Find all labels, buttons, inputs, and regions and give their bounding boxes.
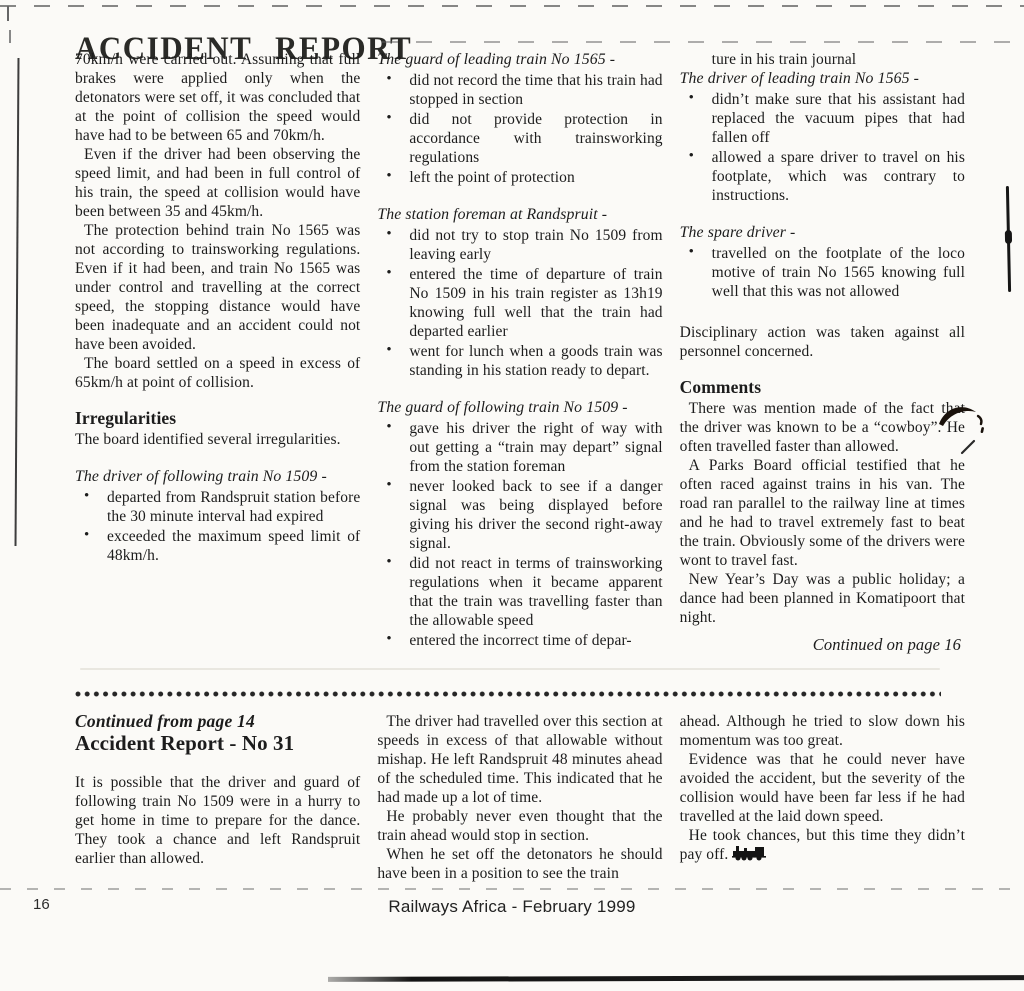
paragraph: Even if the driver had been observing th… — [75, 145, 360, 221]
scan-left-fold-line — [15, 58, 20, 546]
footer-dashed-rule — [0, 888, 1024, 890]
bullet-item: exceeded the maximum speed limit of 48km… — [75, 527, 360, 565]
scan-mark — [7, 6, 9, 21]
bullet-item: did not record the time that his train h… — [377, 71, 662, 109]
locomotive-icon — [732, 846, 766, 861]
continuation-line: ture in his train journal — [680, 50, 965, 69]
bottom-column-1: Continued from page 14Accident Report - … — [75, 712, 360, 883]
top-article-columns: 70km/h were carried out. Assuming that f… — [75, 50, 965, 654]
top-dashed-rule — [0, 5, 1024, 7]
paragraph: ahead. Although he tried to slow down hi… — [680, 712, 965, 750]
bullet-item: allowed a spare driver to travel on his … — [680, 148, 965, 205]
top-column-3: ture in his train journalThe driver of l… — [680, 50, 965, 654]
paragraph: The board settled on a speed in excess o… — [75, 354, 360, 392]
top-column-1: 70km/h were carried out. Assuming that f… — [75, 50, 360, 654]
top-column-2: The guard of leading train No 1565 -did … — [377, 50, 662, 654]
bullet-item: did not try to stop train No 1509 from l… — [377, 226, 662, 264]
scan-mark — [9, 30, 11, 43]
bullet-list: did not record the time that his train h… — [377, 71, 662, 187]
bottom-scan-rule — [328, 975, 1024, 982]
paragraph: New Year’s Day was a public holiday; a d… — [680, 570, 965, 627]
paragraph: The board identified several irregularit… — [75, 430, 360, 449]
bottom-column-2: The driver had travelled over this secti… — [377, 712, 662, 883]
bullet-item: left the point of protection — [377, 168, 662, 187]
paragraph: He probably never even thought that the … — [377, 807, 662, 845]
bullet-item: entered the incorrect time of depar- — [377, 631, 662, 650]
header-dashed-rule — [382, 41, 1010, 43]
bullet-list: departed from Randspruit station before … — [75, 488, 360, 565]
bottom-article-columns: Continued from page 14Accident Report - … — [75, 712, 965, 883]
bullet-item: did not react in terms of trainsworking … — [377, 554, 662, 630]
continued-from-note: Continued from page 14 — [75, 712, 360, 731]
scan-streak — [80, 668, 940, 670]
continued-on-note: Continued on page 16 — [680, 635, 965, 654]
section-heading: Comments — [680, 378, 965, 397]
scan-ink-squiggle — [1006, 186, 1011, 292]
paragraph: Disciplinary action was taken against al… — [680, 323, 965, 361]
article-title: Accident Report - No 31 — [75, 734, 360, 753]
bullet-list: didn’t make sure that his assistant had … — [680, 90, 965, 205]
dotted-separator — [75, 691, 941, 698]
paragraph: When he set off the detonators he should… — [377, 845, 662, 883]
paragraph: The protection behind train No 1565 was … — [75, 221, 360, 354]
journal-footer: Railways Africa - February 1999 — [0, 897, 1024, 917]
subhead-italic: The guard of following train No 1509 - — [377, 398, 662, 417]
bullet-item: didn’t make sure that his assistant had … — [680, 90, 965, 147]
bullet-item: never looked back to see if a danger sig… — [377, 477, 662, 553]
paragraph: The driver had travelled over this secti… — [377, 712, 662, 807]
paragraph: He took chances, but this time they didn… — [680, 826, 965, 864]
bullet-item: departed from Randspruit station before … — [75, 488, 360, 526]
paragraph: It is possible that the driver and guard… — [75, 773, 360, 868]
bullet-item: gave his driver the right of way with ou… — [377, 419, 662, 476]
paragraph: Evidence was that he could never have av… — [680, 750, 965, 826]
bullet-list: gave his driver the right of way with ou… — [377, 419, 662, 650]
bullet-item: did not provide protection in accordance… — [377, 110, 662, 167]
paragraph: 70km/h were carried out. Assuming that f… — [75, 50, 360, 145]
bullet-item: travelled on the footplate of the loco m… — [680, 244, 965, 301]
bullet-item: entered the time of departure of train N… — [377, 265, 662, 341]
paragraph: There was mention made of the fact that … — [680, 399, 965, 456]
bullet-item: went for lunch when a goods train was st… — [377, 342, 662, 380]
subhead-italic: The spare driver - — [680, 223, 965, 242]
paragraph: A Parks Board official testified that he… — [680, 456, 965, 570]
section-heading: Irregularities — [75, 409, 360, 428]
subhead-italic: The driver of following train No 1509 - — [75, 467, 360, 486]
bottom-column-3: ahead. Although he tried to slow down hi… — [680, 712, 965, 883]
scanned-magazine-page: ACCIDENT REPORT 70km/h were carried out.… — [0, 0, 1024, 991]
bullet-list: travelled on the footplate of the loco m… — [680, 244, 965, 301]
subhead-italic: The guard of leading train No 1565 - — [377, 50, 662, 69]
pen-annotation-mark — [936, 400, 990, 462]
subhead-italic: The driver of leading train No 1565 - — [680, 69, 965, 88]
subhead-italic: The station foreman at Randspruit - — [377, 205, 662, 224]
bullet-list: did not try to stop train No 1509 from l… — [377, 226, 662, 380]
